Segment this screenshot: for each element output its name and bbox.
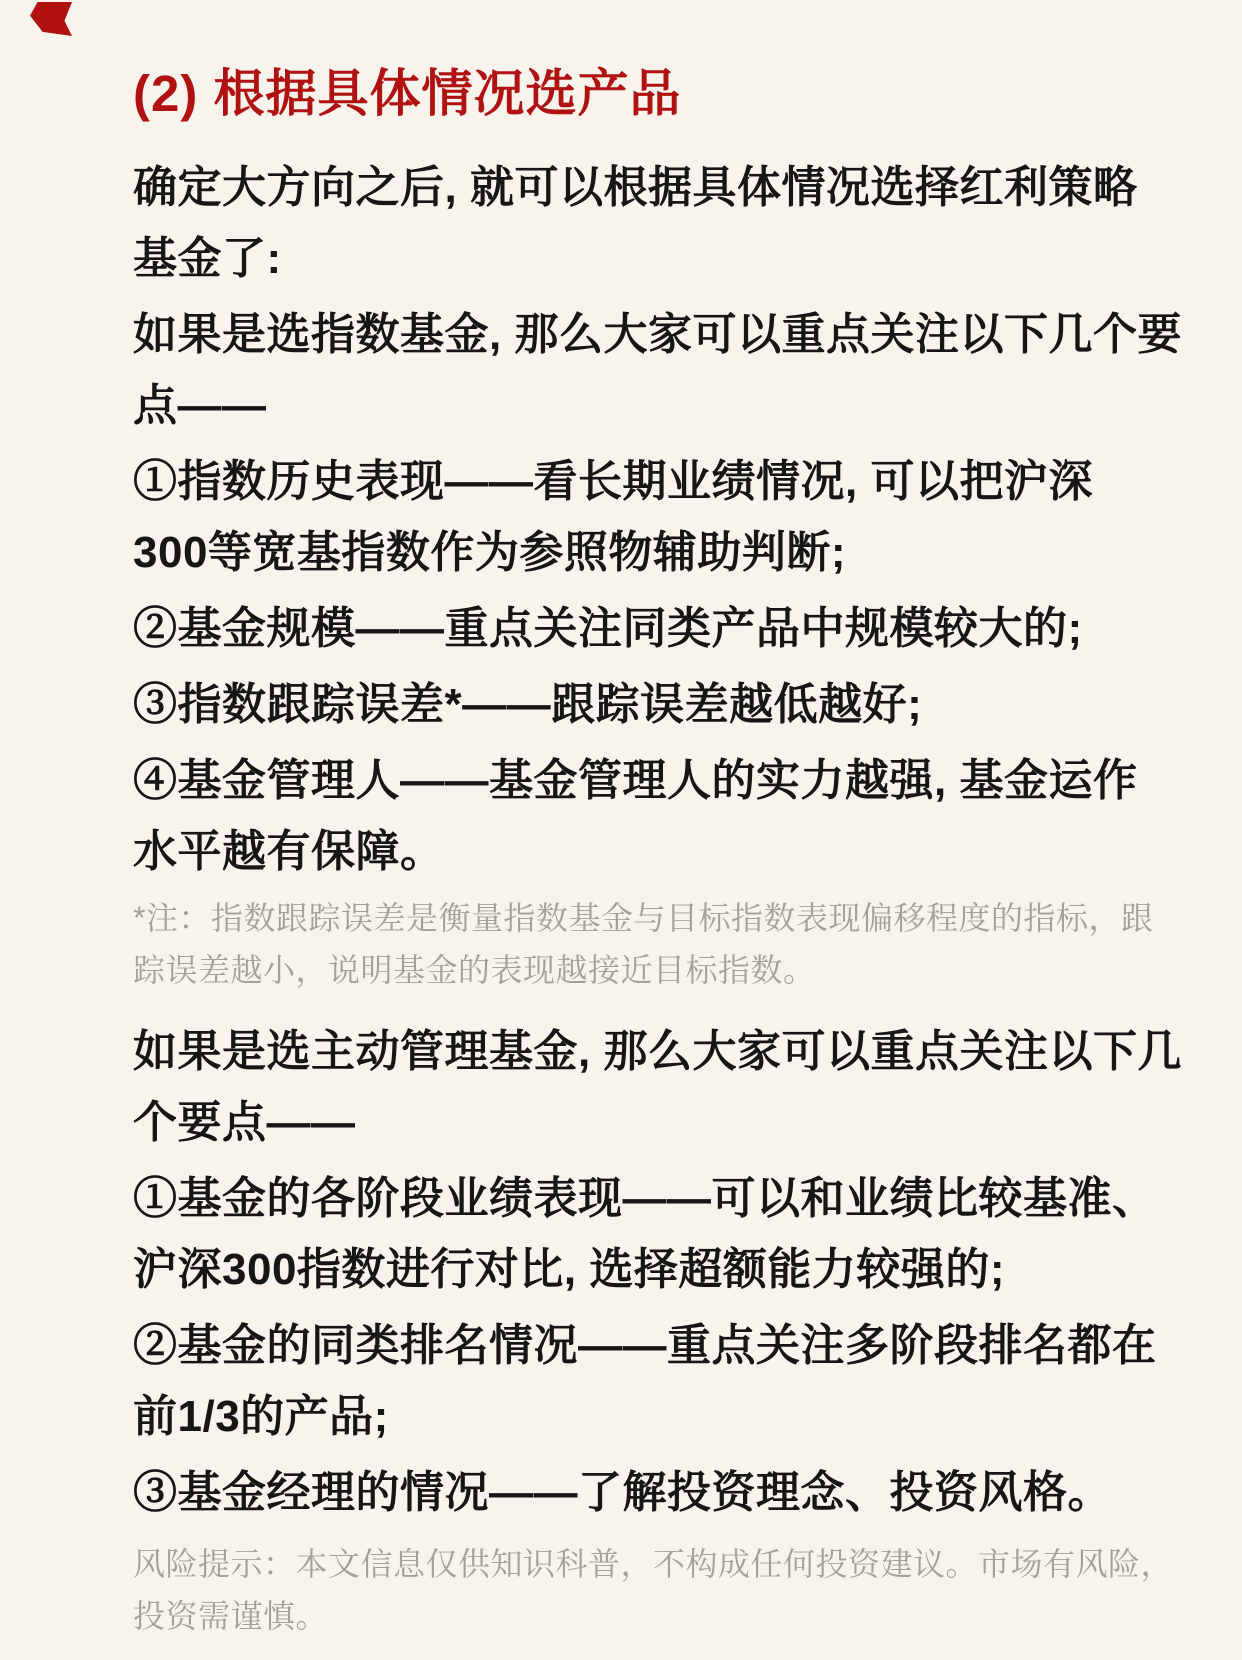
tracking-error-footnote: *注：指数跟踪误差是衡量指数基金与目标指数表现偏移程度的指标，跟 踪误差越小，说… [133, 892, 1195, 996]
index-point-tracking-error: ③指数跟踪误差*——跟踪误差越低越好; [133, 669, 1195, 740]
intro-paragraph: 确定大方向之后, 就可以根据具体情况选择红利策略 基金了: [133, 152, 1195, 294]
active-fund-lead-paragraph: 如果是选主动管理基金, 那么大家可以重点关注以下几 个要点—— [133, 1016, 1195, 1158]
active-point-ranking: ②基金的同类排名情况——重点关注多阶段排名都在 前1/3的产品; [133, 1310, 1195, 1452]
corner-red-mark-decoration [30, 2, 72, 36]
section-heading: (2) 根据具体情况选产品 [133, 62, 1195, 126]
index-fund-lead-paragraph: 如果是选指数基金, 那么大家可以重点关注以下几个要 点—— [133, 299, 1195, 441]
risk-disclaimer: 风险提示：本文信息仅供知识科普，不构成任何投资建议。市场有风险， 投资需谨慎。 [133, 1538, 1195, 1642]
index-point-scale: ②基金规模——重点关注同类产品中规模较大的; [133, 593, 1195, 664]
index-point-history: ①指数历史表现——看长期业绩情况, 可以把沪深 300等宽基指数作为参照物辅助判… [133, 446, 1195, 588]
index-point-manager: ④基金管理人——基金管理人的实力越强, 基金运作 水平越有保障。 [133, 745, 1195, 887]
active-point-performance: ①基金的各阶段业绩表现——可以和业绩比较基准、 沪深300指数进行对比, 选择超… [133, 1163, 1195, 1305]
article-content: (2) 根据具体情况选产品 确定大方向之后, 就可以根据具体情况选择红利策略 基… [133, 62, 1195, 1642]
active-point-fund-manager: ③基金经理的情况——了解投资理念、投资风格。 [133, 1457, 1195, 1528]
article-page: (2) 根据具体情况选产品 确定大方向之后, 就可以根据具体情况选择红利策略 基… [0, 0, 1242, 1660]
